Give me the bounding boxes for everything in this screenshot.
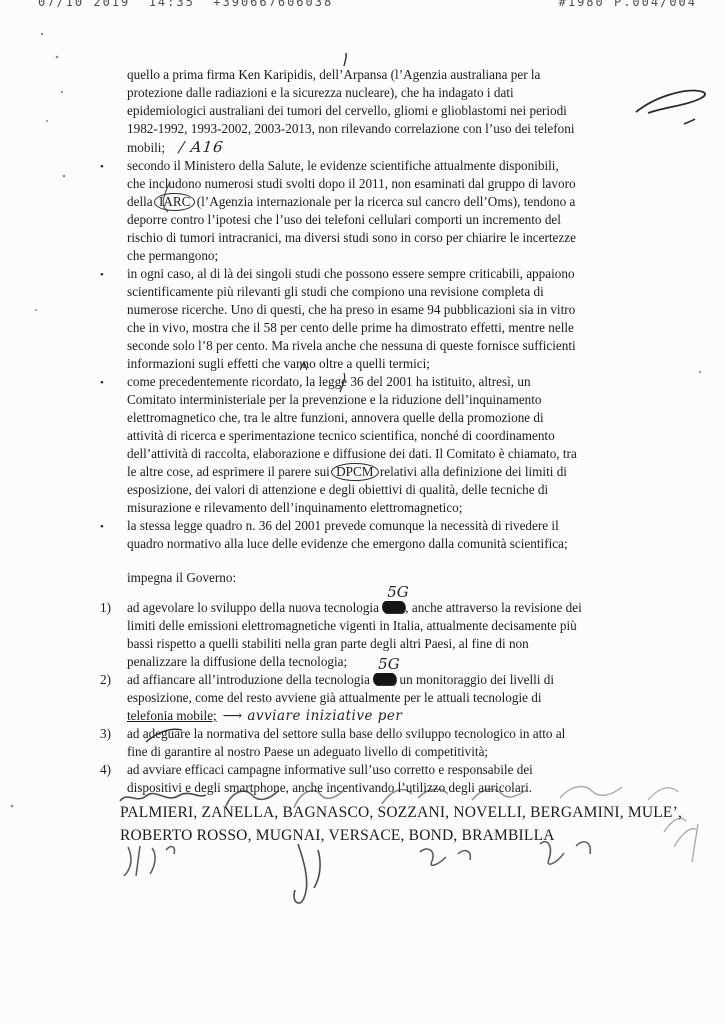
item-number: 1) — [100, 599, 127, 671]
scan-speck — [35, 309, 37, 311]
handwritten-5g: 5G — [387, 585, 409, 599]
item-text: ad agevolare lo sviluppo della nuova tec… — [127, 599, 682, 671]
item-text: ad adeguare la normativa del settore sul… — [127, 725, 682, 761]
bullet-glyph: • — [100, 265, 127, 373]
handwritten-note: ⟶ avviare iniziative per — [223, 708, 403, 724]
scribbled-out-word: 5G — [373, 673, 396, 685]
scan-speck — [11, 805, 14, 808]
underlined-telefonia-mobile: telefonia mobile; — [127, 708, 217, 723]
scribbled-out-word: 5G — [382, 601, 405, 613]
item-number: 3) — [100, 725, 127, 761]
bullet-glyph: • — [100, 517, 127, 553]
circled-word-iarc: IARC — [154, 193, 196, 211]
item-text: ad affiancare all’introduzione della tec… — [127, 671, 682, 725]
numbered-item-3: 3) ad adeguare la normativa del settore … — [100, 725, 700, 761]
pen-mark-accent — [344, 53, 346, 66]
signatories-line-1: PALMIERI, ZANELLA, BAGNASCO, SOZZANI, NO… — [120, 801, 720, 824]
circled-word-dpcm: DPCM — [331, 463, 378, 481]
item-text-seg1: ad affiancare all’introduzione della tec… — [127, 672, 373, 687]
commitment-heading: impegna il Governo: — [127, 569, 700, 587]
bullet-item-ministero: • secondo il Ministero della Salute, le … — [100, 157, 700, 265]
fax-header: 07/10 2019 14:35 +390667606038#1980 P.00… — [0, 0, 725, 14]
numbered-item-2: 2) ad affiancare all’introduzione della … — [100, 671, 700, 725]
handwritten-a16-annotation: / A16 — [178, 138, 225, 156]
signature-scribble — [124, 846, 174, 876]
bullet-glyph: • — [100, 157, 127, 265]
handwritten-5g: 5G — [378, 657, 400, 671]
signature-scribble — [294, 844, 320, 903]
signatories-line-2: ROBERTO ROSSO, MUGNAI, VERSACE, BOND, BR… — [120, 824, 720, 847]
fax-timestamp: 07/10 2019 14:35 +390667606038 — [38, 0, 333, 9]
item-number: 4) — [100, 761, 127, 797]
signature-scribble — [420, 849, 470, 865]
item-text: ad avviare efficaci campagne informative… — [127, 761, 682, 797]
bullet-text: la stessa legge quadro n. 36 del 2001 pr… — [127, 517, 682, 553]
bullet-item-legge-quadro: • la stessa legge quadro n. 36 del 2001 … — [100, 517, 700, 553]
scan-speck — [56, 56, 59, 59]
document-body: quello a prima firma Ken Karipidis, dell… — [100, 66, 700, 797]
bullet-item-studi: • in ogni caso, al di là dei singoli stu… — [100, 265, 700, 373]
numbered-item-4: 4) ad avviare efficaci campagne informat… — [100, 761, 700, 797]
scan-speck — [41, 33, 43, 35]
numbered-item-1: 1) ad agevolare lo sviluppo della nuova … — [100, 599, 700, 671]
bullet-text-seg2: (l’Agenzia internazionale per la ricerca… — [127, 194, 576, 263]
signatories-block: PALMIERI, ZANELLA, BAGNASCO, SOZZANI, NO… — [120, 801, 720, 847]
bullet-glyph: • — [100, 373, 127, 517]
bullet-text: secondo il Ministero della Salute, le ev… — [127, 157, 682, 265]
scan-speck — [63, 175, 66, 178]
scan-speck — [46, 120, 48, 122]
intro-paragraph: quello a prima firma Ken Karipidis, dell… — [127, 66, 682, 157]
fax-page-number: #1980 P.004/004 — [559, 0, 697, 9]
bullet-item-comitato: • come precedentemente ricordato, la leg… — [100, 373, 700, 517]
item-number: 2) — [100, 671, 127, 725]
bullet-text: come precedentemente ricordato, la legge… — [127, 373, 682, 517]
item-text-seg1: ad agevolare lo sviluppo della nuova tec… — [127, 600, 382, 615]
bullet-text: in ogni caso, al di là dei singoli studi… — [127, 265, 682, 373]
scan-speck — [61, 91, 63, 93]
